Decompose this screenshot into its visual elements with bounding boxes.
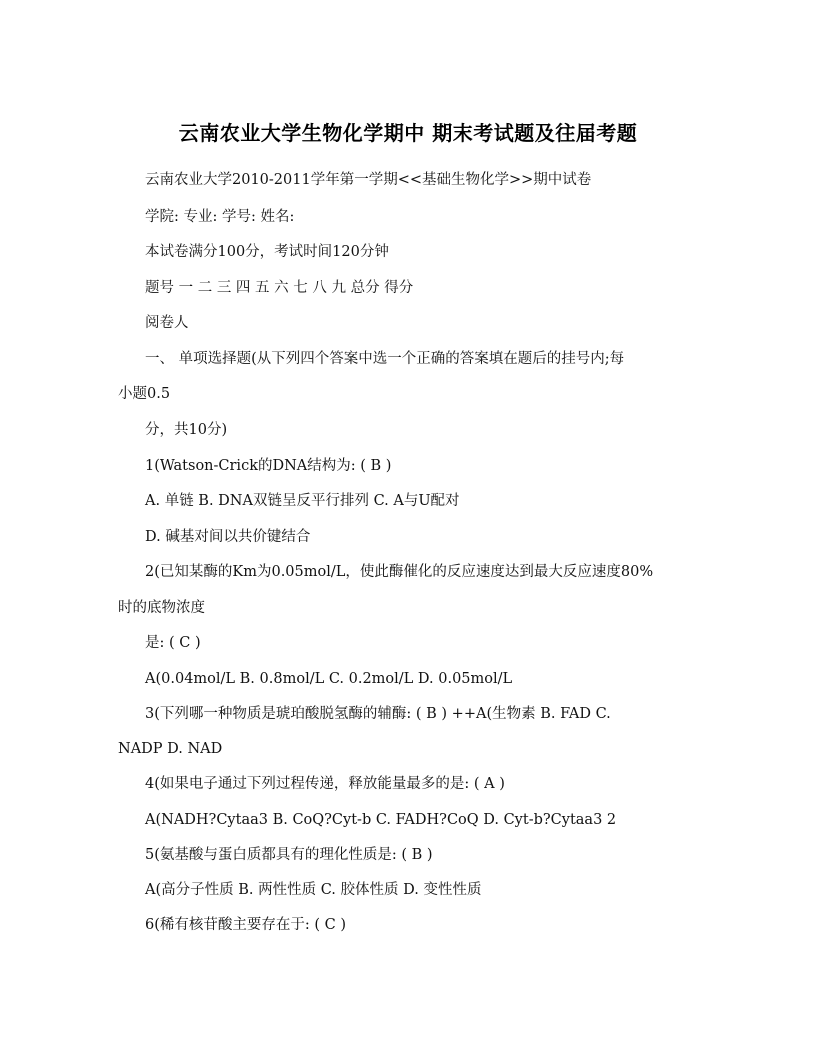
question-3-cont: NADP D. NAD: [118, 740, 222, 758]
question-6: 6(稀有核苷酸主要存在于: ( C ): [145, 916, 346, 934]
exam-header-line: 云南农业大学2010-2011学年第一学期<<基础生物化学>>期中试卷: [145, 171, 591, 189]
student-info-line: 学院: 专业: 学号: 姓名:: [145, 208, 294, 226]
question-2-cont: 时的底物浓度: [118, 599, 205, 617]
question-4-options: A(NADH?Cytaa3 B. CoQ?Cyt-b C. FADH?CoQ D…: [145, 811, 616, 829]
section-one-heading-cont: 小题0.5: [118, 385, 170, 403]
question-3: 3(下列哪一种物质是琥珀酸脱氢酶的辅酶: ( B ) ++A(生物素 B. FA…: [145, 705, 611, 723]
section-one-heading: 一、 单项选择题(从下列四个答案中选一个正确的答案填在题后的挂号内;每: [145, 350, 624, 368]
question-2-answer: 是: ( C ): [145, 634, 201, 652]
document-title: 云南农业大学生物化学期中 期末考试题及往届考题: [0, 117, 816, 146]
question-5: 5(氨基酸与蛋白质都具有的理化性质是: ( B ): [145, 846, 433, 864]
question-2: 2(已知某酶的Km为0.05mol/L，使此酶催化的反应速度达到最大反应速度80…: [145, 563, 653, 581]
question-1-options: A. 单链 B. DNA双链呈反平行排列 C. A与U配对: [145, 492, 460, 510]
question-4: 4(如果电子通过下列过程传递，释放能量最多的是: ( A ): [145, 775, 505, 793]
question-5-options: A(高分子性质 B. 两性性质 C. 胶体性质 D. 变性性质: [145, 881, 481, 899]
question-2-options: A(0.04mol/L B. 0.8mol/L C. 0.2mol/L D. 0…: [145, 670, 512, 688]
grader-line: 阅卷人: [145, 314, 189, 332]
score-table-header-line: 题号 一 二 三 四 五 六 七 八 九 总分 得分: [145, 279, 413, 297]
exam-score-time-line: 本试卷满分100分，考试时间120分钟: [145, 243, 389, 261]
question-1: 1(Watson-Crick的DNA结构为: ( B ): [145, 457, 391, 475]
document-page: 云南农业大学生物化学期中 期末考试题及往届考题 云南农业大学2010-2011学…: [0, 0, 816, 1056]
question-1-options-cont: D. 碱基对间以共价键结合: [145, 528, 310, 546]
section-one-heading-cont2: 分，共10分): [145, 421, 227, 439]
